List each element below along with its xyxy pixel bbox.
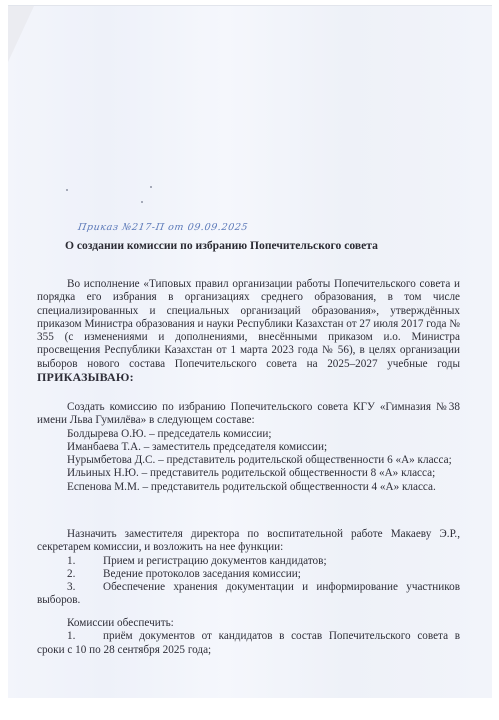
member-item: Ильиных Н.Ю. – представитель родительско… [37, 467, 460, 480]
handwritten-order-number: Приказ №217-П от 09.09.2025 [77, 222, 249, 233]
secretary-function-item: 3. Обеспечение хранения документации и и… [37, 581, 460, 594]
item-text: приём документов от кандидатов в состав … [103, 630, 460, 643]
secretary-function-item: 2. Ведение протоколов заседания комиссии… [37, 568, 460, 581]
document-title: О создании комиссии по избранию Попечите… [65, 239, 378, 252]
preamble-block: Во исполнение «Типовых правил организаци… [37, 278, 460, 385]
member-item: Нурымбетова Д.С. – представитель родител… [37, 454, 460, 467]
order-word: ПРИКАЗЫВАЮ: [37, 370, 134, 384]
scan-speck [66, 189, 68, 191]
section-commission-duties: Комиссии обеспечить: 1. приём документов… [37, 617, 460, 657]
secretary-function-item: 1. Прием и регистрацию документов кандид… [37, 555, 460, 568]
member-item: Болдырева О.Ю. – председатель комиссии; [37, 428, 460, 441]
preamble-text: Во исполнение «Типовых правил организаци… [37, 278, 460, 385]
section2-intro: Назначить заместителя директора по воспи… [37, 528, 460, 555]
section-secretary: Назначить заместителя директора по воспи… [37, 528, 460, 608]
item-text: Ведение протоколов заседания комиссии; [103, 568, 460, 581]
section-commission-composition: Создать комиссию по избранию Попечительс… [37, 401, 460, 494]
member-item: Еспенова М.М. – представитель родительск… [37, 481, 460, 494]
item-number: 1. [67, 555, 103, 568]
scan-speck [141, 201, 143, 203]
item-text: Прием и регистрацию документов кандидато… [103, 555, 460, 568]
member-item: Иманбаева Т.А. – заместитель председател… [37, 441, 460, 454]
item-continuation: сроки с 10 по 28 сентября 2025 года; [37, 644, 460, 657]
section3-intro: Комиссии обеспечить: [37, 617, 460, 630]
item-number: 2. [67, 568, 103, 581]
item-continuation: выборов. [37, 594, 460, 607]
item-number: 1. [67, 630, 103, 643]
scanned-document-page: Приказ №217-П от 09.09.2025 О создании к… [8, 5, 492, 698]
section1-intro: Создать комиссию по избранию Попечительс… [37, 401, 460, 428]
page-corner-fold [8, 6, 34, 62]
item-number: 3. [67, 581, 103, 594]
item-text: Обеспечение хранения документации и инфо… [103, 581, 460, 594]
scan-speck [150, 186, 152, 188]
duty-item: 1. приём документов от кандидатов в сост… [37, 630, 460, 643]
